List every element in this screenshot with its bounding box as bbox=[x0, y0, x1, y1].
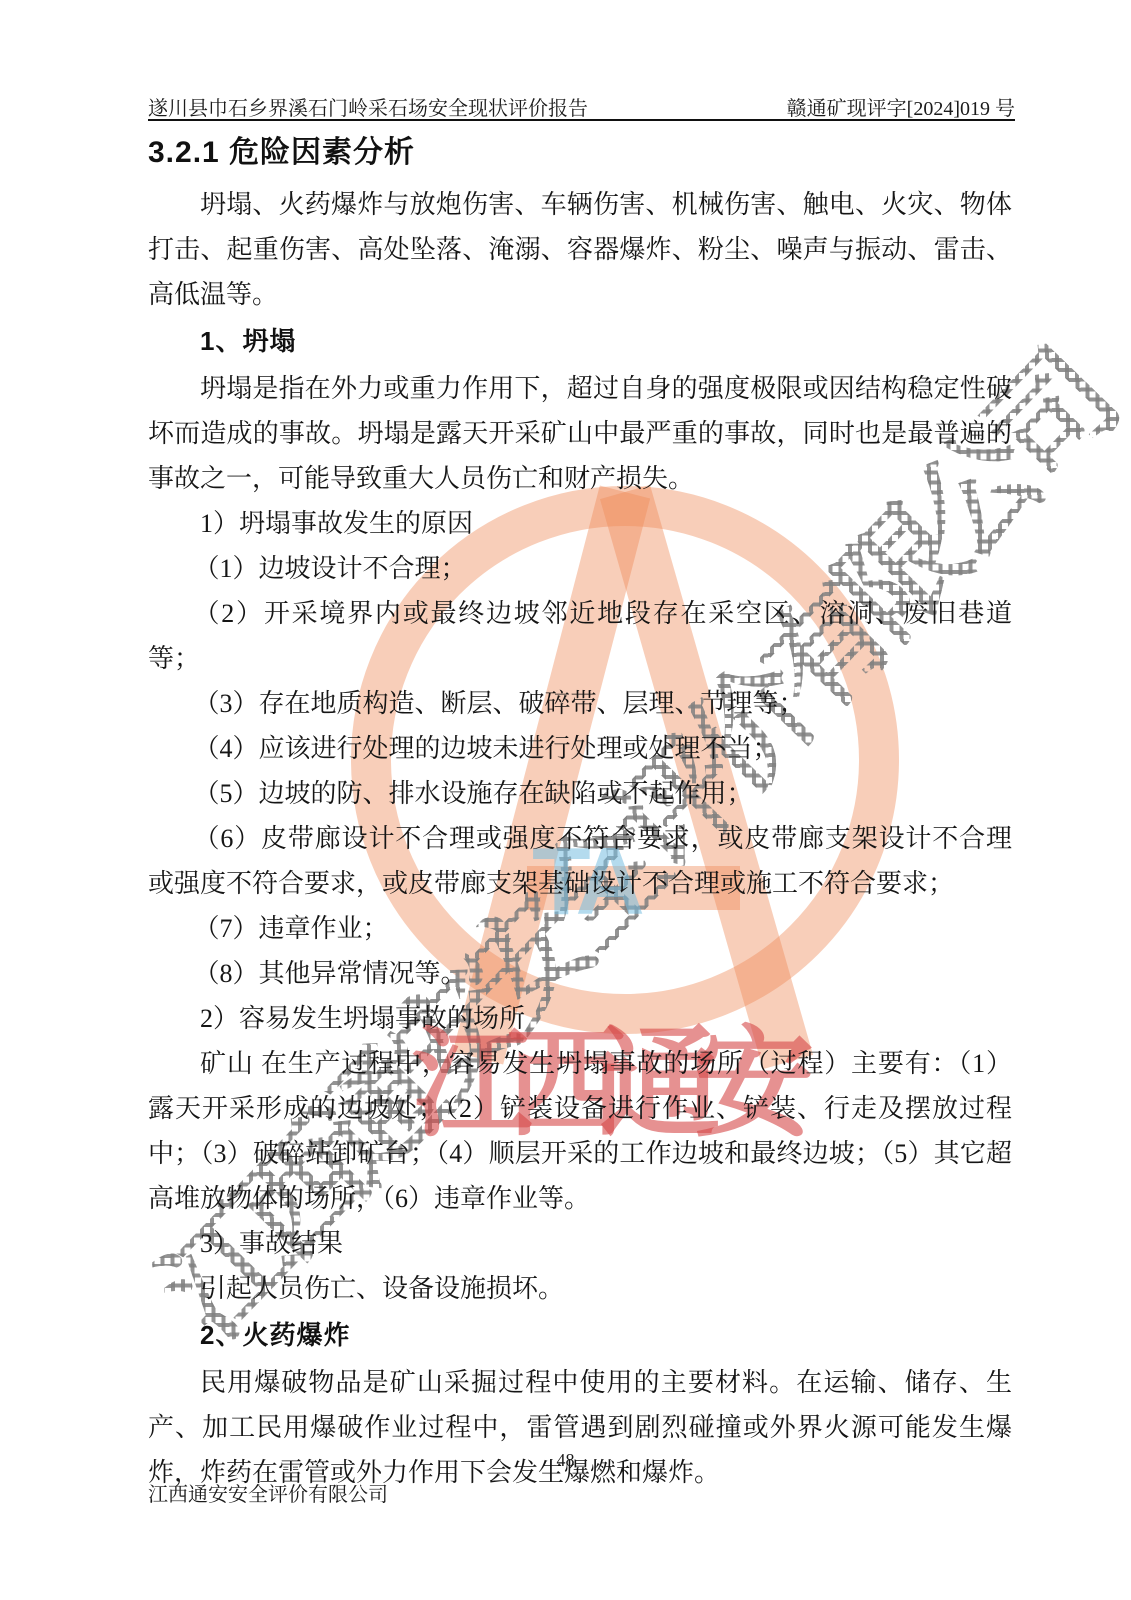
list-item-cause-1: （1）边坡设计不合理； bbox=[148, 546, 1012, 591]
header-doc-number: 赣通矿现评字[2024]019 号 bbox=[787, 92, 1015, 121]
list-item-locations-title: 2）容易发生坍塌事故的场所 bbox=[148, 996, 1012, 1041]
list-item-result-title: 3）事故结果 bbox=[148, 1221, 1012, 1266]
subheading-explosion: 2、火药爆炸 bbox=[148, 1313, 1012, 1358]
paragraph-explosion: 民用爆破物品是矿山采掘过程中使用的主要材料。在运输、储存、生产、加工民用爆破作业… bbox=[148, 1360, 1012, 1495]
section-heading: 3.2.1 危险因素分析 bbox=[148, 132, 1012, 174]
header-divider bbox=[148, 119, 1015, 121]
paragraph-collapse-definition: 坍塌是指在外力或重力作用下，超过自身的强度极限或因结构稳定性破坏而造成的事故。坍… bbox=[148, 366, 1012, 501]
header-report-title: 遂川县巾石乡界溪石门岭采石场安全现状评价报告 bbox=[148, 92, 588, 121]
document-page: 江西通安安全评价有限公司 TA 江西通安 遂川县巾石乡界溪石门岭采石场安全现状评… bbox=[0, 0, 1131, 1600]
list-item-causes-title: 1）坍塌事故发生的原因 bbox=[148, 501, 1012, 546]
document-body: 3.2.1 危险因素分析 坍塌、火药爆炸与放炮伤害、车辆伤害、机械伤害、触电、火… bbox=[148, 132, 1012, 1495]
page-number: 48 bbox=[0, 1450, 1131, 1471]
list-item-cause-6: （6）皮带廊设计不合理或强度不符合要求，或皮带廊支架设计不合理或强度不符合要求，… bbox=[148, 816, 1012, 906]
page-header: 遂川县巾石乡界溪石门岭采石场安全现状评价报告 赣通矿现评字[2024]019 号 bbox=[148, 92, 1015, 121]
paragraph-hazard-list: 坍塌、火药爆炸与放炮伤害、车辆伤害、机械伤害、触电、火灾、物体打击、起重伤害、高… bbox=[148, 182, 1012, 317]
paragraph-locations: 矿山 在生产过程中，容易发生坍塌事故的场所（过程）主要有：（1）露天开采形成的边… bbox=[148, 1041, 1012, 1221]
list-item-cause-4: （4）应该进行处理的边坡未进行处理或处理不当； bbox=[148, 726, 1012, 771]
subheading-collapse: 1、坍塌 bbox=[148, 319, 1012, 364]
list-item-cause-2: （2）开采境界内或最终边坡邻近地段存在采空区、溶洞、废旧巷道等； bbox=[148, 591, 1012, 681]
list-item-cause-8: （8）其他异常情况等。 bbox=[148, 951, 1012, 996]
list-item-cause-5: （5）边坡的防、排水设施存在缺陷或不起作用； bbox=[148, 771, 1012, 816]
paragraph-result: 引起人员伤亡、设备设施损坏。 bbox=[148, 1266, 1012, 1311]
list-item-cause-3: （3）存在地质构造、断层、破碎带、层理、节理等； bbox=[148, 681, 1012, 726]
footer-company-name: 江西通安安全评价有限公司 bbox=[148, 1478, 388, 1507]
list-item-cause-7: （7）违章作业； bbox=[148, 906, 1012, 951]
